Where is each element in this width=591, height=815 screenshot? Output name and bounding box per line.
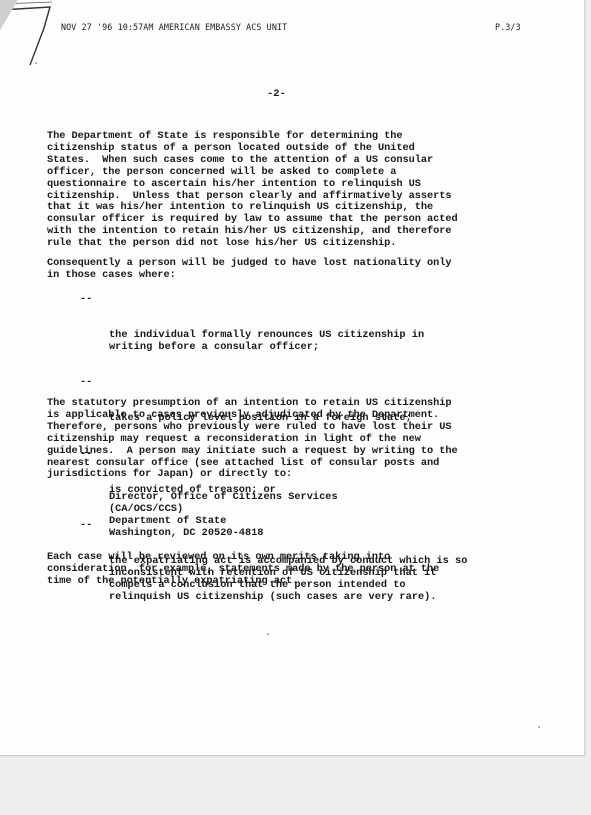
paragraph-department-responsibility: The Department of State is responsible f… [47, 131, 547, 250]
scan-speck [35, 62, 37, 64]
paragraph-loss-conditions-intro: Consequently a person will be judged to … [47, 258, 547, 282]
paragraph-reconsideration: The statutory presumption of an intentio… [47, 398, 547, 481]
list-dash: -- [80, 520, 92, 532]
scan-speck [538, 726, 540, 728]
list-dash: -- [80, 294, 92, 306]
page-number: -2- [267, 88, 286, 100]
fax-page: NOV 27 '96 10:57AM AMERICAN EMBASSY ACS … [0, 0, 585, 756]
paragraph-case-review: Each case will be reviewed on its own me… [47, 552, 547, 588]
list-dash: -- [80, 377, 92, 389]
mailing-address: Director, Office of Citizens Services (C… [109, 492, 338, 540]
fax-header-info: NOV 27 '96 10:57AM AMERICAN EMBASSY ACS … [61, 22, 287, 32]
scan-speck [267, 633, 269, 635]
list-item: -- the individual formally renounces US … [80, 294, 438, 377]
list-item-text: the individual formally renounces US cit… [109, 330, 467, 354]
fax-page-count: P.3/3 [495, 22, 521, 32]
fax-corner-mark-icon [0, 0, 60, 70]
